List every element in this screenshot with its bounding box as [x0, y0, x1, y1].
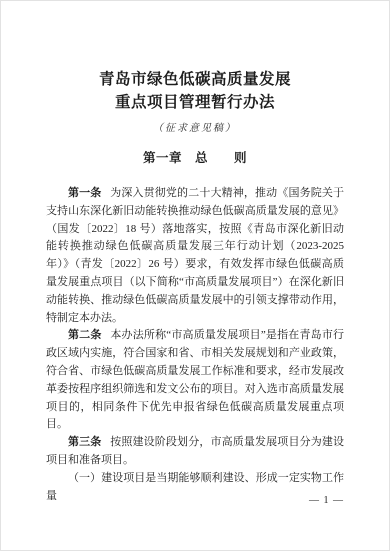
document-subtitle: （征求意见稿）: [46, 119, 344, 134]
page-number: — 1 —: [309, 495, 344, 506]
article-1-label: 第一条: [68, 187, 101, 199]
title-line-1: 青岛市绿色低碳高质量发展: [46, 68, 344, 91]
paragraph-item-1: （一）建设项目是当期能够顺利建设、形成一定实物工作量: [46, 470, 344, 506]
paragraph-article-1: 第一条为深入贯彻党的二十大精神，推动《国务院关于支持山东深化新旧动能转换推动绿色…: [46, 185, 344, 327]
document-title: 青岛市绿色低碳高质量发展 重点项目管理暂行办法: [46, 68, 344, 114]
document-page: 青岛市绿色低碳高质量发展 重点项目管理暂行办法 （征求意见稿） 第一章 总 则 …: [0, 0, 390, 551]
article-2-label: 第二条: [68, 329, 102, 341]
paragraph-article-2: 第二条本办法所称“市高质量发展项目”是指在青岛市行政区域内实施，符合国家和省、市…: [46, 327, 344, 434]
paragraph-article-3: 第三条按照建设阶段划分，市高质量发展项目分为建设项目和准备项目。: [46, 434, 344, 470]
title-line-2: 重点项目管理暂行办法: [46, 91, 344, 114]
article-2-text: 本办法所称“市高质量发展项目”是指在青岛市行政区域内实施，符合国家和省、市相关发…: [46, 329, 344, 430]
document-body: 第一条为深入贯彻党的二十大精神，推动《国务院关于支持山东深化新旧动能转换推动绿色…: [46, 185, 344, 505]
article-3-label: 第三条: [68, 436, 101, 448]
article-1-text: 为深入贯彻党的二十大精神，推动《国务院关于支持山东深化新旧动能转换推动绿色低碳高…: [46, 187, 344, 324]
item-1-text: （一）建设项目是当期能够顺利建设、形成一定实物工作量: [46, 472, 344, 502]
chapter-heading: 第一章 总 则: [46, 148, 344, 166]
